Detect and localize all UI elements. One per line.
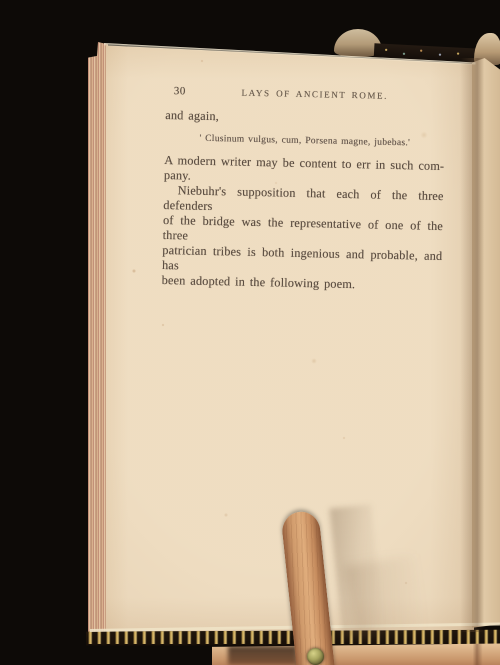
easel-leg-shadow-soft: [344, 554, 426, 640]
page-gutter-crease: [460, 58, 484, 632]
crossbar-shadow: [228, 646, 296, 665]
book-photograph: 30 LAYS OF ANCIENT ROME. and again, ' Cl…: [0, 0, 500, 665]
easel-leg-screw: [307, 648, 324, 665]
body-line: and again,: [165, 108, 445, 129]
page-text: 30 LAYS OF ANCIENT ROME. and again, ' Cl…: [162, 84, 446, 294]
latin-quote: ' Clusinum vulgus, cum, Porsena magne, j…: [165, 132, 445, 150]
page-fore-edge: [88, 42, 108, 644]
